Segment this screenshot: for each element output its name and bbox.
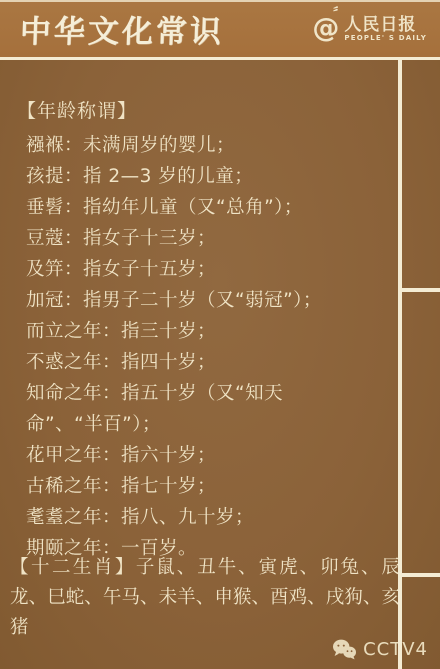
at-icon: @ 〞 <box>312 15 341 42</box>
age-item: 不惑之年：指四十岁； <box>26 347 358 378</box>
logo-subtitle: PEOPLE' S DAILY <box>344 34 427 42</box>
right-vertical-rule <box>398 60 402 669</box>
right-tick-line-1 <box>398 288 440 292</box>
header-divider-line <box>0 57 440 60</box>
age-item: 垂髫：指幼年儿童（又“总角”）； <box>26 192 358 223</box>
logo-name: 人民日报 <box>344 16 416 34</box>
age-item: 花甲之年：指六十岁； <box>26 440 358 471</box>
age-section: 【年龄称谓】 襁褓：未满周岁的婴儿； 孩提：指 2—3 岁的儿童； 垂髫：指幼年… <box>12 96 390 564</box>
age-item: 加冠：指男子二十岁（又“弱冠”）； <box>26 285 358 316</box>
age-item: 豆蔻：指女子十三岁； <box>26 223 358 254</box>
peoples-daily-logo: @ 〞 人民日报 PEOPLE' S DAILY <box>312 15 427 42</box>
zodiac-section: 【十二生肖】子鼠、丑牛、寅虎、卯兔、辰龙、巳蛇、午马、未羊、申猴、酉鸡、戌狗、亥… <box>10 553 400 643</box>
age-item: 孩提：指 2—3 岁的儿童； <box>26 161 358 192</box>
top-border-line <box>0 0 440 2</box>
zodiac-heading: 【十二生肖】 <box>10 557 136 578</box>
age-item: 而立之年：指三十岁； <box>26 316 358 347</box>
wechat-icon <box>332 639 357 660</box>
age-item: 襁褓：未满周岁的婴儿； <box>26 130 358 161</box>
logo-text: 人民日报 PEOPLE' S DAILY <box>344 16 427 42</box>
age-item: 知命之年：指五十岁（又“知天命”、“半百”）； <box>26 378 358 440</box>
age-list: 襁褓：未满周岁的婴儿； 孩提：指 2—3 岁的儿童； 垂髫：指幼年儿童（又“总角… <box>26 130 358 564</box>
right-tick-line-2 <box>398 573 440 577</box>
age-item: 古稀之年：指七十岁； <box>26 471 358 502</box>
age-item: 耄耋之年：指八、九十岁； <box>26 502 358 533</box>
channel-name: CCTV4 <box>363 639 428 660</box>
age-item: 及笄：指女子十五岁； <box>26 254 358 285</box>
age-section-heading: 【年龄称谓】 <box>17 96 390 127</box>
footer-watermark: CCTV4 <box>332 639 428 660</box>
page-title: 中华文化常识 <box>19 6 225 51</box>
infographic-card: 中华文化常识 @ 〞 人民日报 PEOPLE' S DAILY 【年龄称谓】 襁… <box>0 0 440 669</box>
header: 中华文化常识 @ 〞 人民日报 PEOPLE' S DAILY <box>0 0 440 57</box>
